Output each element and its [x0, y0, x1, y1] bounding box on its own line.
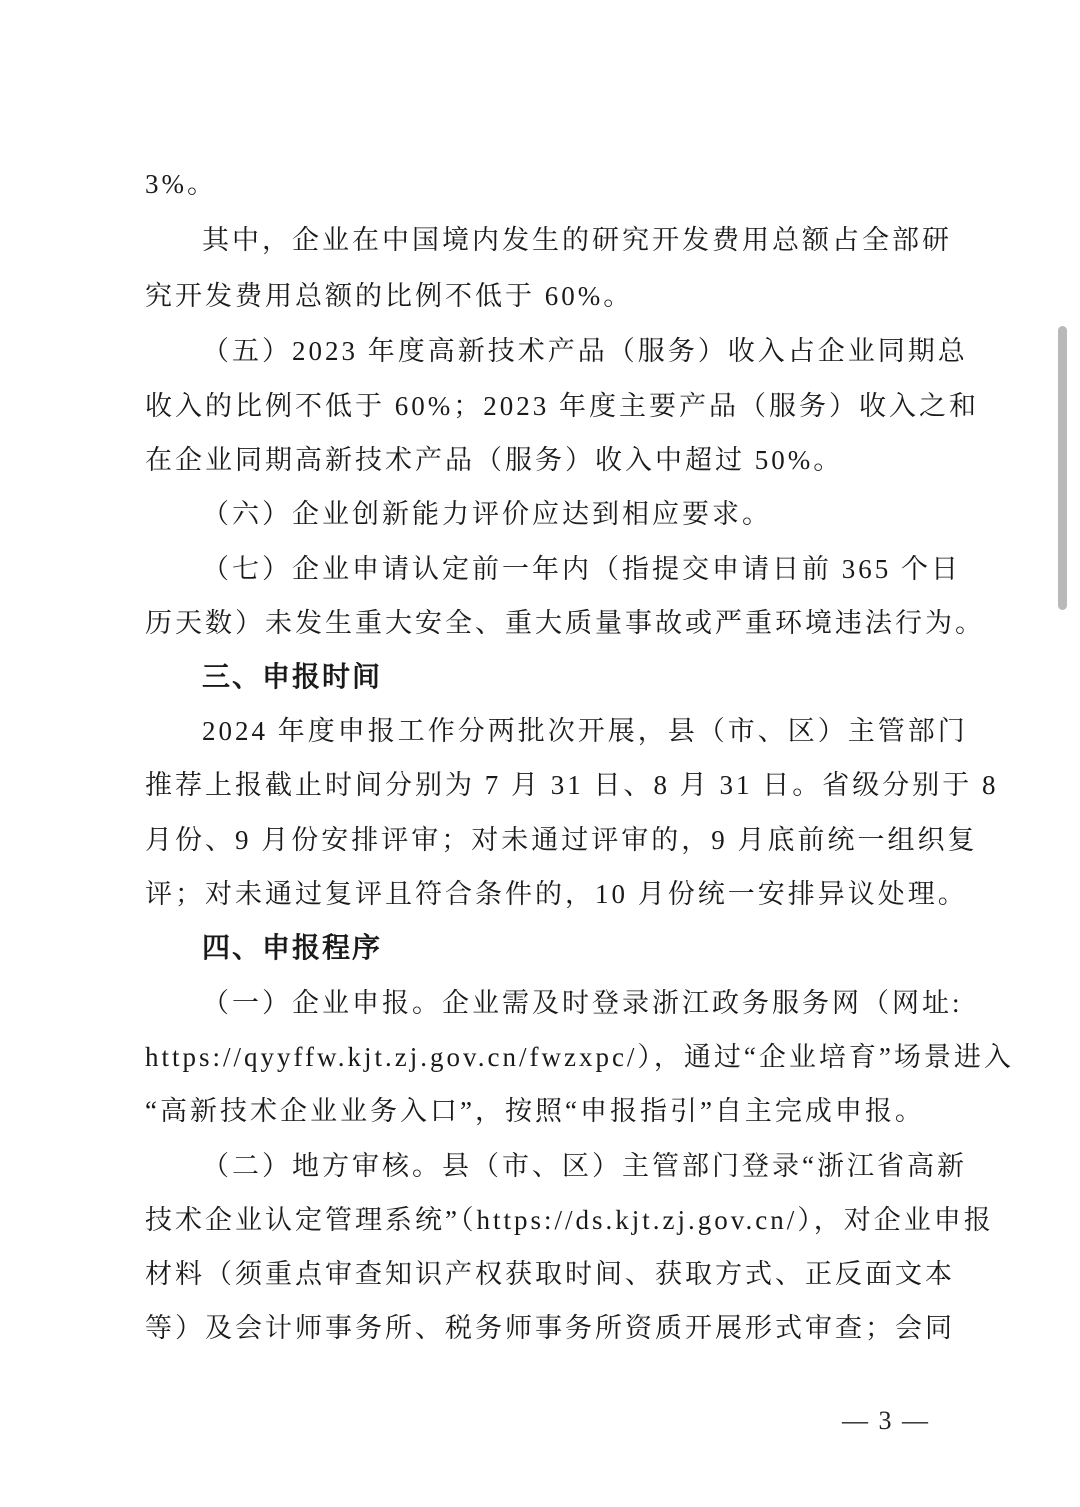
- section-heading-application-procedure: 四、申报程序: [202, 930, 382, 966]
- paragraph-line: （六）企业创新能力评价应达到相应要求。: [202, 496, 937, 532]
- paragraph-line: 究开发费用总额的比例不低于 60%。: [145, 278, 937, 314]
- paragraph-line: 在企业同期高新技术产品（服务）收入中超过 50%。: [145, 442, 937, 478]
- paragraph-line: 推荐上报截止时间分别为 7 月 31 日、8 月 31 日。省级分别于 8: [145, 767, 937, 803]
- paragraph-line: 其中，企业在中国境内发生的研究开发费用总额占全部研: [202, 222, 937, 258]
- paragraph-line-with-url: 技术企业认定管理系统”（https://ds.kjt.zj.gov.cn/），对…: [145, 1202, 937, 1238]
- paragraph-line: （二）地方审核。县（市、区）主管部门登录“浙江省高新: [202, 1148, 937, 1184]
- paragraph-line: 等）及会计师事务所、税务师事务所资质开展形式审查；会同: [145, 1310, 937, 1346]
- vertical-scrollbar-thumb[interactable]: [1058, 326, 1067, 610]
- section-heading-application-time: 三、申报时间: [202, 659, 382, 695]
- paragraph-line: “高新技术企业业务入口”，按照“申报指引”自主完成申报。: [145, 1093, 937, 1129]
- paragraph-line: 材料（须重点审查知识产权获取时间、获取方式、正反面文本: [145, 1256, 937, 1292]
- paragraph-line: 2024 年度申报工作分两批次开展，县（市、区）主管部门: [202, 713, 937, 749]
- paragraph-line: 3%。: [145, 166, 937, 202]
- paragraph-line: 评；对未通过复评且符合条件的，10 月份统一安排异议处理。: [145, 876, 937, 912]
- paragraph-line: （五）2023 年度高新技术产品（服务）收入占企业同期总: [202, 333, 937, 369]
- document-page: 3%。 其中，企业在中国境内发生的研究开发费用总额占全部研 究开发费用总额的比例…: [0, 0, 1080, 1507]
- paragraph-line: （七）企业申请认定前一年内（指提交申请日前 365 个日: [202, 551, 937, 587]
- paragraph-line-with-url: https://qyyffw.kjt.zj.gov.cn/fwzxpc/），通过…: [145, 1039, 937, 1075]
- paragraph-line: （一）企业申报。企业需及时登录浙江政务服务网（网址:: [202, 985, 937, 1021]
- paragraph-line: 月份、9 月份安排评审；对未通过评审的，9 月底前统一组织复: [145, 822, 937, 858]
- page-number: — 3 —: [842, 1404, 930, 1438]
- paragraph-line: 历天数）未发生重大安全、重大质量事故或严重环境违法行为。: [145, 605, 937, 641]
- paragraph-line: 收入的比例不低于 60%；2023 年度主要产品（服务）收入之和: [145, 388, 937, 424]
